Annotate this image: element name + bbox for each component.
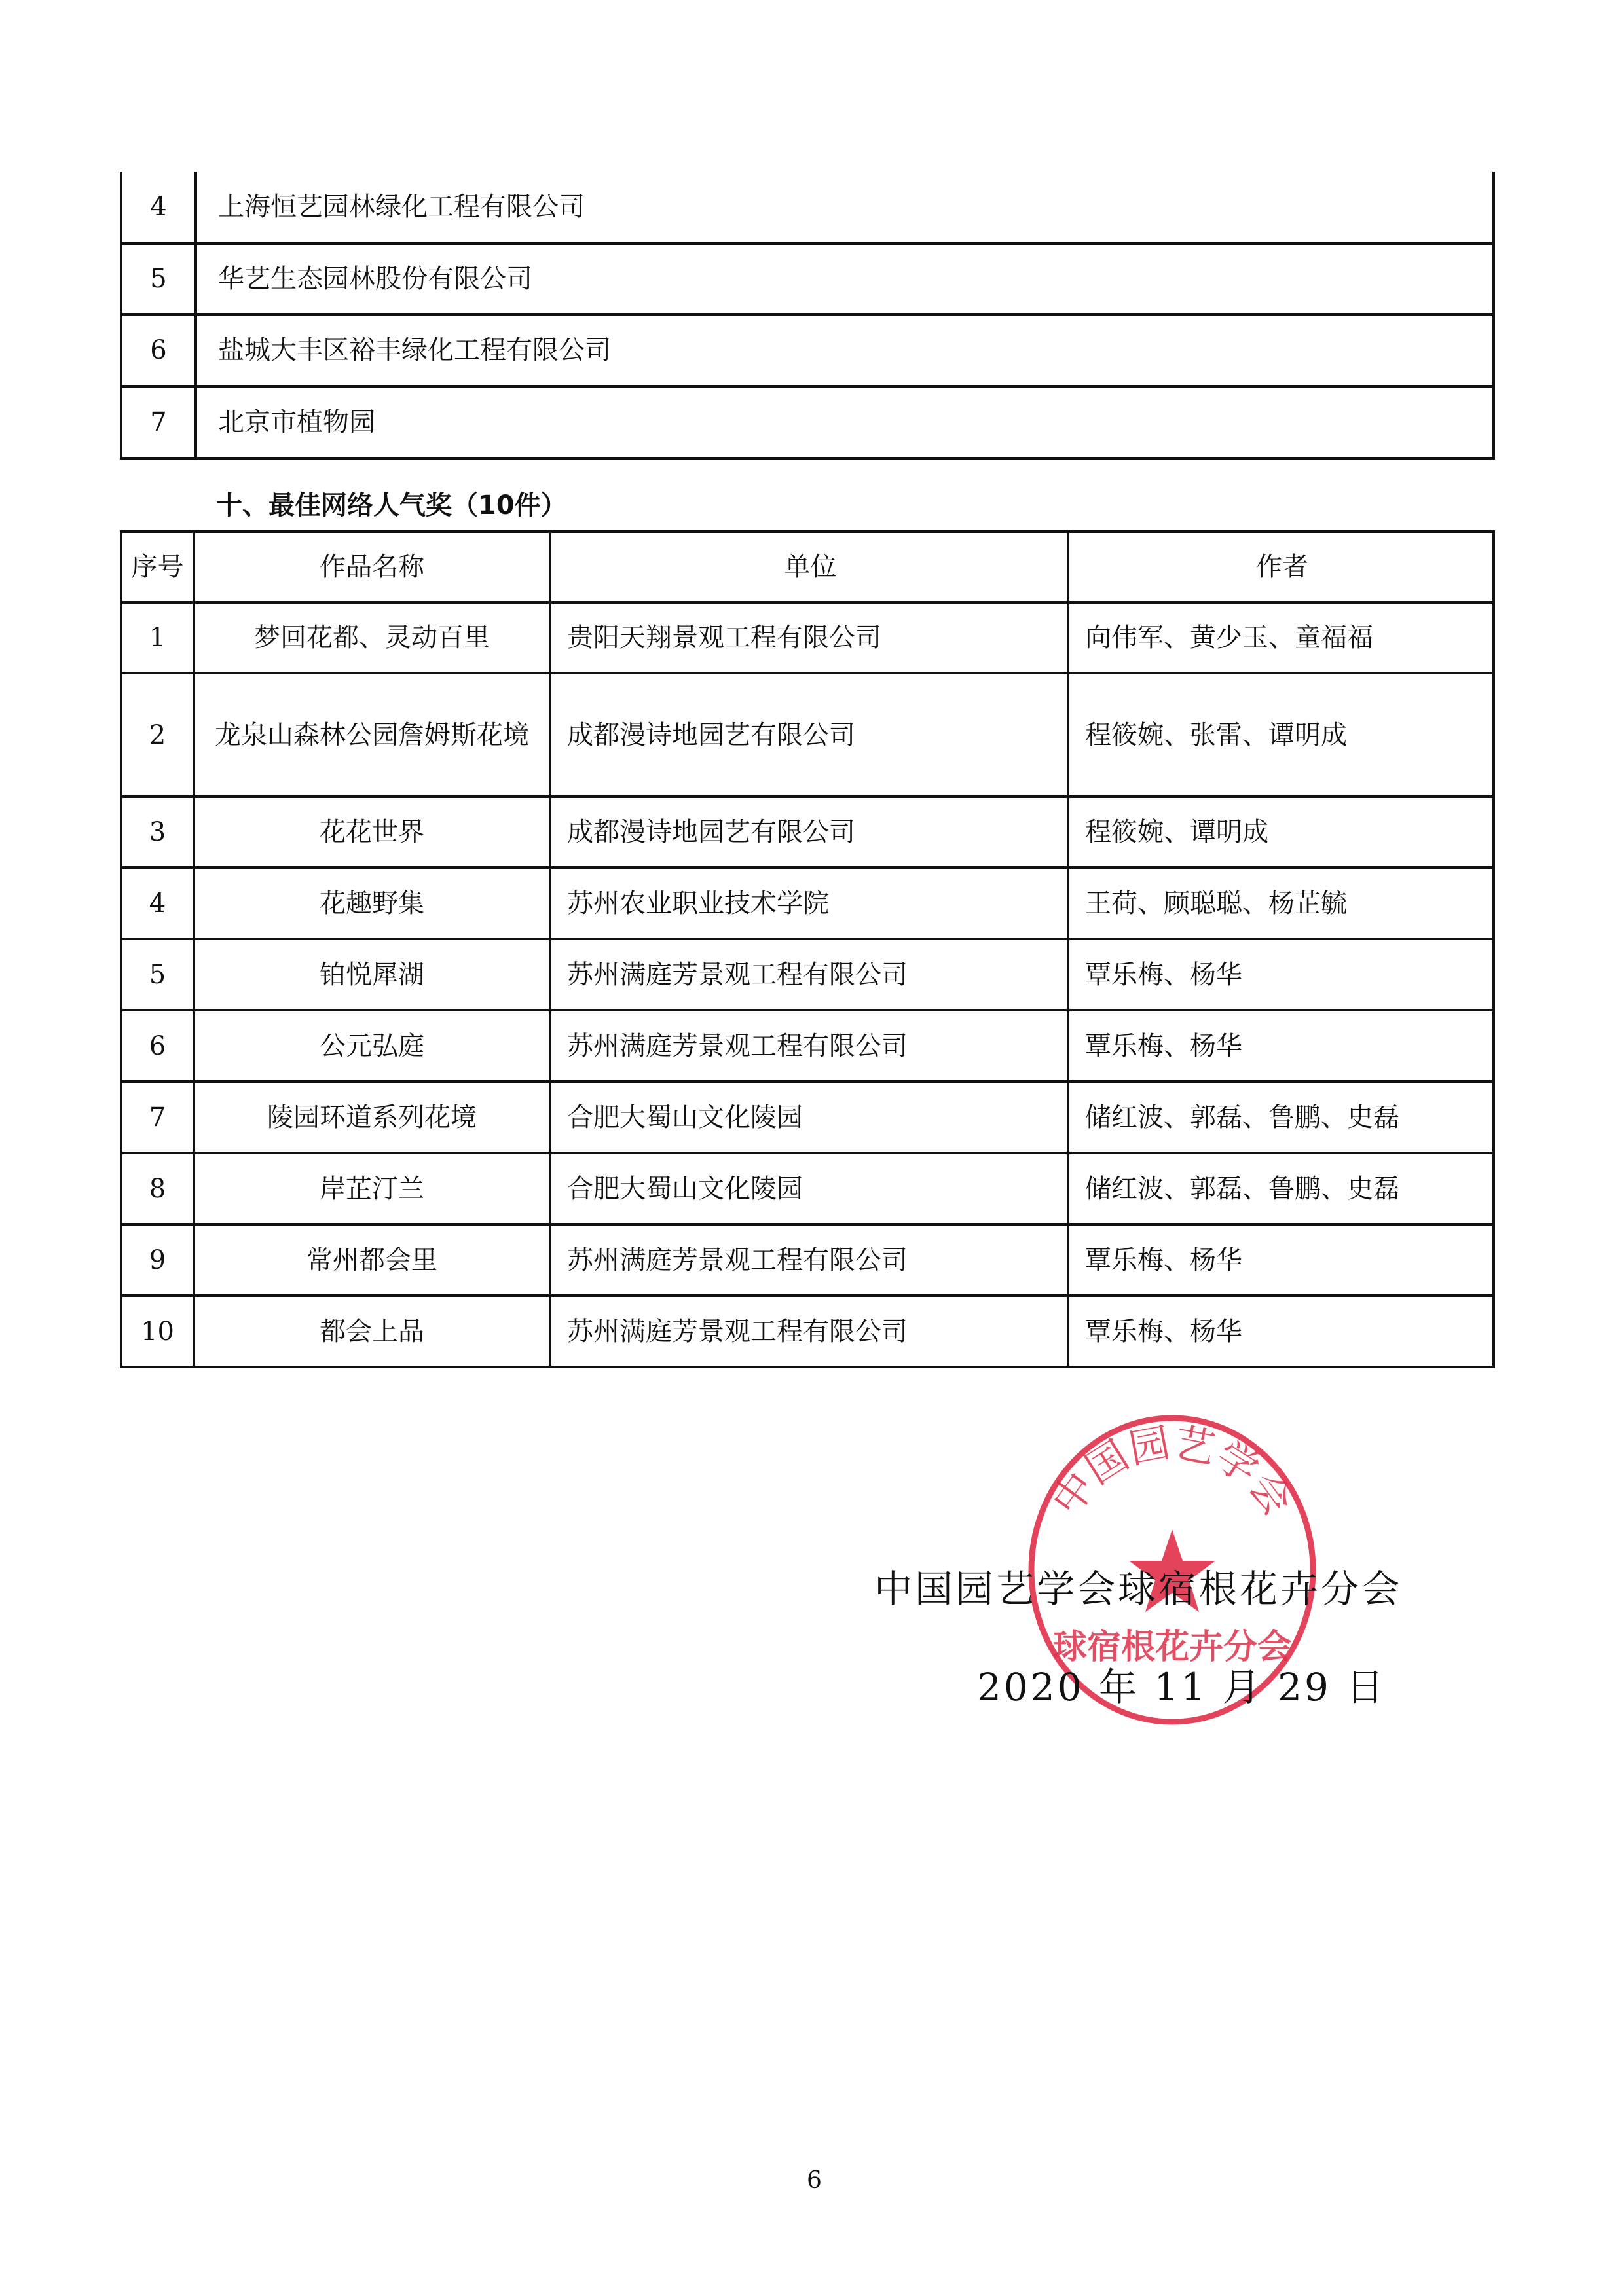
table-row: 3 花花世界 成都漫诗地园艺有限公司 程筱婉、谭明成 — [121, 797, 1494, 867]
unit-name: 苏州农业职业技术学院 — [550, 867, 1068, 939]
unit-name: 成都漫诗地园艺有限公司 — [550, 797, 1068, 867]
row-number: 9 — [121, 1224, 194, 1296]
header-no: 序号 — [121, 532, 194, 602]
author-names: 程筱婉、谭明成 — [1068, 797, 1494, 867]
work-name: 铂悦犀湖 — [194, 939, 550, 1010]
row-number: 3 — [121, 797, 194, 867]
author-names: 覃乐梅、杨华 — [1068, 1224, 1494, 1296]
row-number: 4 — [121, 867, 194, 939]
author-names: 覃乐梅、杨华 — [1068, 1010, 1494, 1082]
work-name: 龙泉山森林公园詹姆斯花境 — [194, 673, 550, 797]
organization-name: 上海恒艺园林绿化工程有限公司 — [196, 172, 1494, 244]
signing-date: 2020 年 11 月 29 日 — [977, 1656, 1386, 1711]
unit-name: 苏州满庭芳景观工程有限公司 — [550, 1224, 1068, 1296]
author-names: 储红波、郭磊、鲁鹏、史磊 — [1068, 1153, 1494, 1224]
table-row: 8 岸芷汀兰 合肥大蜀山文化陵园 储红波、郭磊、鲁鹏、史磊 — [121, 1153, 1494, 1224]
unit-name: 苏州满庭芳景观工程有限公司 — [550, 939, 1068, 1010]
unit-name: 苏州满庭芳景观工程有限公司 — [550, 1010, 1068, 1082]
unit-name: 成都漫诗地园艺有限公司 — [550, 673, 1068, 797]
author-names: 覃乐梅、杨华 — [1068, 939, 1494, 1010]
work-name: 陵园环道系列花境 — [194, 1082, 550, 1153]
award-table: 序号 作品名称 单位 作者 1 梦回花都、灵动百里 贵阳天翔景观工程有限公司 向… — [120, 530, 1495, 1368]
row-number: 7 — [121, 1082, 194, 1153]
table-row: 5 铂悦犀湖 苏州满庭芳景观工程有限公司 覃乐梅、杨华 — [121, 939, 1494, 1010]
table-row: 1 梦回花都、灵动百里 贵阳天翔景观工程有限公司 向伟军、黄少玉、童福福 — [121, 602, 1494, 673]
table-row: 6 公元弘庭 苏州满庭芳景观工程有限公司 覃乐梅、杨华 — [121, 1010, 1494, 1082]
table-row: 2 龙泉山森林公园詹姆斯花境 成都漫诗地园艺有限公司 程筱婉、张雷、谭明成 — [121, 673, 1494, 797]
unit-name: 贵阳天翔景观工程有限公司 — [550, 602, 1068, 673]
row-number: 2 — [121, 673, 194, 797]
organization-name: 盐城大丰区裕丰绿化工程有限公司 — [196, 314, 1494, 386]
row-number: 10 — [121, 1296, 194, 1367]
header-authors: 作者 — [1068, 532, 1494, 602]
work-name: 花趣野集 — [194, 867, 550, 939]
work-name: 梦回花都、灵动百里 — [194, 602, 550, 673]
row-number: 6 — [121, 1010, 194, 1082]
row-number: 5 — [121, 244, 196, 314]
work-name: 都会上品 — [194, 1296, 550, 1367]
row-number: 7 — [121, 386, 196, 458]
author-names: 程筱婉、张雷、谭明成 — [1068, 673, 1494, 797]
organization-name: 华艺生态园林股份有限公司 — [196, 244, 1494, 314]
signing-organization: 中国园艺学会球宿根花卉分会 — [874, 1558, 1402, 1613]
seal-top-text: 中国园艺学会 — [1043, 1419, 1302, 1524]
author-names: 王荷、顾聪聪、杨芷毓 — [1068, 867, 1494, 939]
work-name: 岸芷汀兰 — [194, 1153, 550, 1224]
row-number: 8 — [121, 1153, 194, 1224]
table-row: 5 华艺生态园林股份有限公司 — [121, 244, 1494, 314]
table-row: 6 盐城大丰区裕丰绿化工程有限公司 — [121, 314, 1494, 386]
author-names: 储红波、郭磊、鲁鹏、史磊 — [1068, 1082, 1494, 1153]
work-name: 公元弘庭 — [194, 1010, 550, 1082]
row-number: 6 — [121, 314, 196, 386]
author-names: 向伟军、黄少玉、童福福 — [1068, 602, 1494, 673]
work-name: 花花世界 — [194, 797, 550, 867]
organization-name: 北京市植物园 — [196, 386, 1494, 458]
unit-name: 苏州满庭芳景观工程有限公司 — [550, 1296, 1068, 1367]
unit-name: 合肥大蜀山文化陵园 — [550, 1082, 1068, 1153]
row-number: 4 — [121, 172, 196, 244]
header-unit: 单位 — [550, 532, 1068, 602]
unit-name: 合肥大蜀山文化陵园 — [550, 1153, 1068, 1224]
row-number: 5 — [121, 939, 194, 1010]
author-names: 覃乐梅、杨华 — [1068, 1296, 1494, 1367]
table-row: 7 陵园环道系列花境 合肥大蜀山文化陵园 储红波、郭磊、鲁鹏、史磊 — [121, 1082, 1494, 1153]
row-number: 1 — [121, 602, 194, 673]
table-header-row: 序号 作品名称 单位 作者 — [121, 532, 1494, 602]
table-row: 4 上海恒艺园林绿化工程有限公司 — [121, 172, 1494, 244]
section-title: 十、最佳网络人气奖（10件） — [216, 484, 567, 522]
page-number: 6 — [807, 2167, 822, 2194]
table-row: 10 都会上品 苏州满庭芳景观工程有限公司 覃乐梅、杨华 — [121, 1296, 1494, 1367]
work-name: 常州都会里 — [194, 1224, 550, 1296]
table-row: 4 花趣野集 苏州农业职业技术学院 王荷、顾聪聪、杨芷毓 — [121, 867, 1494, 939]
header-work: 作品名称 — [194, 532, 550, 602]
table-row: 9 常州都会里 苏州满庭芳景观工程有限公司 覃乐梅、杨华 — [121, 1224, 1494, 1296]
continued-table: 4 上海恒艺园林绿化工程有限公司 5 华艺生态园林股份有限公司 6 盐城大丰区裕… — [120, 172, 1495, 460]
table-row: 7 北京市植物园 — [121, 386, 1494, 458]
